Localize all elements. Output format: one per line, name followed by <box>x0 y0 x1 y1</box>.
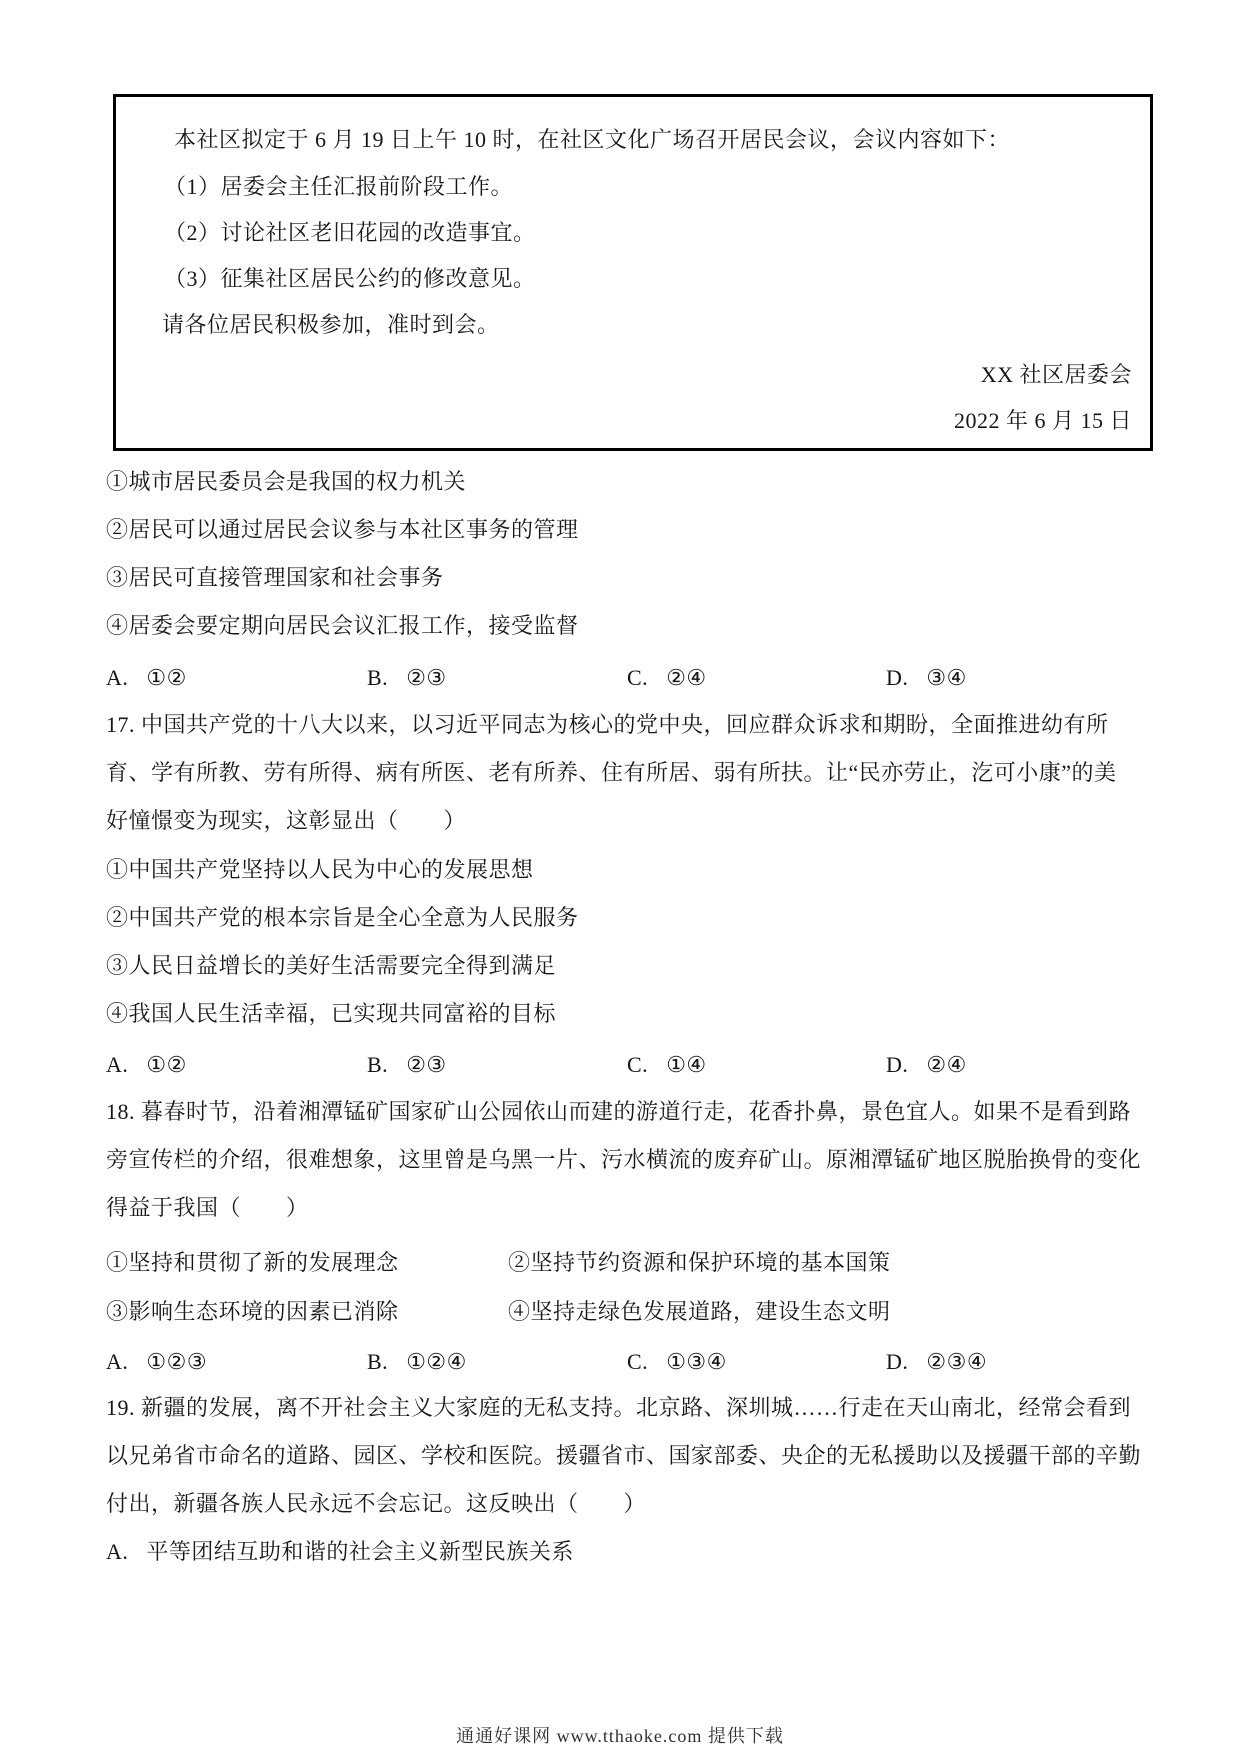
q18-choice-row: A.①②③ B.①②④ C.①③④ D.②③④ <box>0 1347 1240 1379</box>
q18-stem-line-2: 旁宣传栏的介绍，很难想象，这里曾是乌黑一片、污水横流的废弃矿山。原湘潭锰矿地区脱… <box>106 1145 1141 1175</box>
choice-label: C. <box>627 663 648 693</box>
q17-item-1: ①中国共产党坚持以人民为中心的发展思想 <box>106 855 534 885</box>
notice-date: 2022 年 6 月 15 日 <box>954 406 1132 436</box>
q16-item-3: ③居民可直接管理国家和社会事务 <box>106 563 444 593</box>
q19-choice-row: A.平等团结互助和谐的社会主义新型民族关系 <box>0 1537 1240 1569</box>
q19-choice-a: A.平等团结互助和谐的社会主义新型民族关系 <box>106 1537 574 1567</box>
q17-stem-line-3: 好憧憬变为现实，这彰显出（ ） <box>106 806 466 836</box>
q16-choice-row: A.①② B.②③ C.②④ D.③④ <box>0 663 1240 695</box>
choice-label: B. <box>367 1347 388 1377</box>
choice-value: ②④ <box>666 663 706 693</box>
choice-value: ③④ <box>926 663 966 693</box>
choice-value: ②③ <box>406 1050 446 1080</box>
q16-choice-d: D.③④ <box>886 663 967 693</box>
q16-choice-a: A.①② <box>106 663 187 693</box>
choice-value: ②④ <box>926 1050 966 1080</box>
notice-signature: XX 社区居委会 <box>981 360 1132 390</box>
q17-item-2: ②中国共产党的根本宗旨是全心全意为人民服务 <box>106 903 579 933</box>
notice-closing-line: 请各位居民积极参加，准时到会。 <box>162 310 500 340</box>
choice-value: ①④ <box>666 1050 706 1080</box>
choice-label: A. <box>106 1347 128 1377</box>
q17-choice-c: C.①④ <box>627 1050 707 1080</box>
choice-label: A. <box>106 1050 128 1080</box>
q18-item-4: ④坚持走绿色发展道路，建设生态文明 <box>508 1297 891 1327</box>
q18-stem-line-1: 18. 暮春时节，沿着湘潭锰矿国家矿山公园依山而建的游道行走，花香扑鼻，景色宜人… <box>106 1097 1131 1127</box>
choice-value: ①② <box>146 1050 186 1080</box>
q18-item-row-1: ①坚持和贯彻了新的发展理念 ②坚持节约资源和保护环境的基本国策 <box>0 1248 1240 1280</box>
choice-label: C. <box>627 1050 648 1080</box>
q16-choice-c: C.②④ <box>627 663 707 693</box>
choice-value: 平等团结互助和谐的社会主义新型民族关系 <box>146 1537 574 1567</box>
choice-value: ①②③ <box>146 1347 207 1377</box>
choice-label: C. <box>627 1347 648 1377</box>
q18-choice-c: C.①③④ <box>627 1347 727 1377</box>
notice-agenda-item: （1）居委会主任汇报前阶段工作。 <box>164 172 513 202</box>
notice-agenda-item: （2）讨论社区老旧花园的改造事宜。 <box>164 218 536 248</box>
q18-choice-b: B.①②④ <box>367 1347 467 1377</box>
choice-label: D. <box>886 663 908 693</box>
q17-choice-a: A.①② <box>106 1050 187 1080</box>
q17-choice-b: B.②③ <box>367 1050 447 1080</box>
q18-choice-a: A.①②③ <box>106 1347 207 1377</box>
q18-item-1: ①坚持和贯彻了新的发展理念 <box>106 1248 399 1278</box>
choice-label: A. <box>106 1537 128 1567</box>
q18-item-3: ③影响生态环境的因素已消除 <box>106 1297 399 1327</box>
choice-value: ①②④ <box>406 1347 467 1377</box>
q19-stem-line-3: 付出，新疆各族人民永远不会忘记。这反映出（ ） <box>106 1489 646 1519</box>
q16-item-1: ①城市居民委员会是我国的权力机关 <box>106 467 466 497</box>
q19-stem-line-2: 以兄弟省市命名的道路、园区、学校和医院。援疆省市、国家部委、央企的无私援助以及援… <box>106 1441 1141 1471</box>
notice-box: 本社区拟定于 6 月 19 日上午 10 时，在社区文化广场召开居民会议，会议内… <box>113 94 1153 451</box>
choice-value: ①② <box>146 663 186 693</box>
choice-value: ②③④ <box>926 1347 987 1377</box>
q17-stem-line-1: 17. 中国共产党的十八大以来，以习近平同志为核心的党中央，回应群众诉求和期盼，… <box>106 710 1109 740</box>
notice-agenda-item: （3）征集社区居民公约的修改意见。 <box>164 264 536 294</box>
q18-choice-d: D.②③④ <box>886 1347 987 1377</box>
q17-item-3: ③人民日益增长的美好生活需要完全得到满足 <box>106 951 556 981</box>
q17-choice-d: D.②④ <box>886 1050 967 1080</box>
q16-item-2: ②居民可以通过居民会议参与本社区事务的管理 <box>106 515 579 545</box>
q18-item-2: ②坚持节约资源和保护环境的基本国策 <box>508 1248 891 1278</box>
footer-download-credit: 通通好课网 www.tthaoke.com 提供下载 <box>0 1722 1240 1748</box>
choice-value: ②③ <box>406 663 446 693</box>
q17-stem-line-2: 育、学有所教、劳有所得、病有所医、老有所养、住有所居、弱有所扶。让“民亦劳止，汔… <box>106 758 1117 788</box>
choice-label: D. <box>886 1347 908 1377</box>
choice-value: ①③④ <box>666 1347 727 1377</box>
choice-label: A. <box>106 663 128 693</box>
notice-intro-line: 本社区拟定于 6 月 19 日上午 10 时，在社区文化广场召开居民会议，会议内… <box>174 125 1010 155</box>
choice-label: B. <box>367 663 388 693</box>
choice-label: B. <box>367 1050 388 1080</box>
q19-stem-line-1: 19. 新疆的发展，离不开社会主义大家庭的无私支持。北京路、深圳城……行走在天山… <box>106 1393 1131 1423</box>
exam-page: 本社区拟定于 6 月 19 日上午 10 时，在社区文化广场召开居民会议，会议内… <box>0 0 1240 1754</box>
q16-choice-b: B.②③ <box>367 663 447 693</box>
q17-choice-row: A.①② B.②③ C.①④ D.②④ <box>0 1050 1240 1082</box>
q16-item-4: ④居委会要定期向居民会议汇报工作，接受监督 <box>106 611 579 641</box>
choice-label: D. <box>886 1050 908 1080</box>
q18-item-row-2: ③影响生态环境的因素已消除 ④坚持走绿色发展道路，建设生态文明 <box>0 1297 1240 1329</box>
q18-stem-line-3: 得益于我国（ ） <box>106 1193 309 1223</box>
q17-item-4: ④我国人民生活幸福，已实现共同富裕的目标 <box>106 999 556 1029</box>
